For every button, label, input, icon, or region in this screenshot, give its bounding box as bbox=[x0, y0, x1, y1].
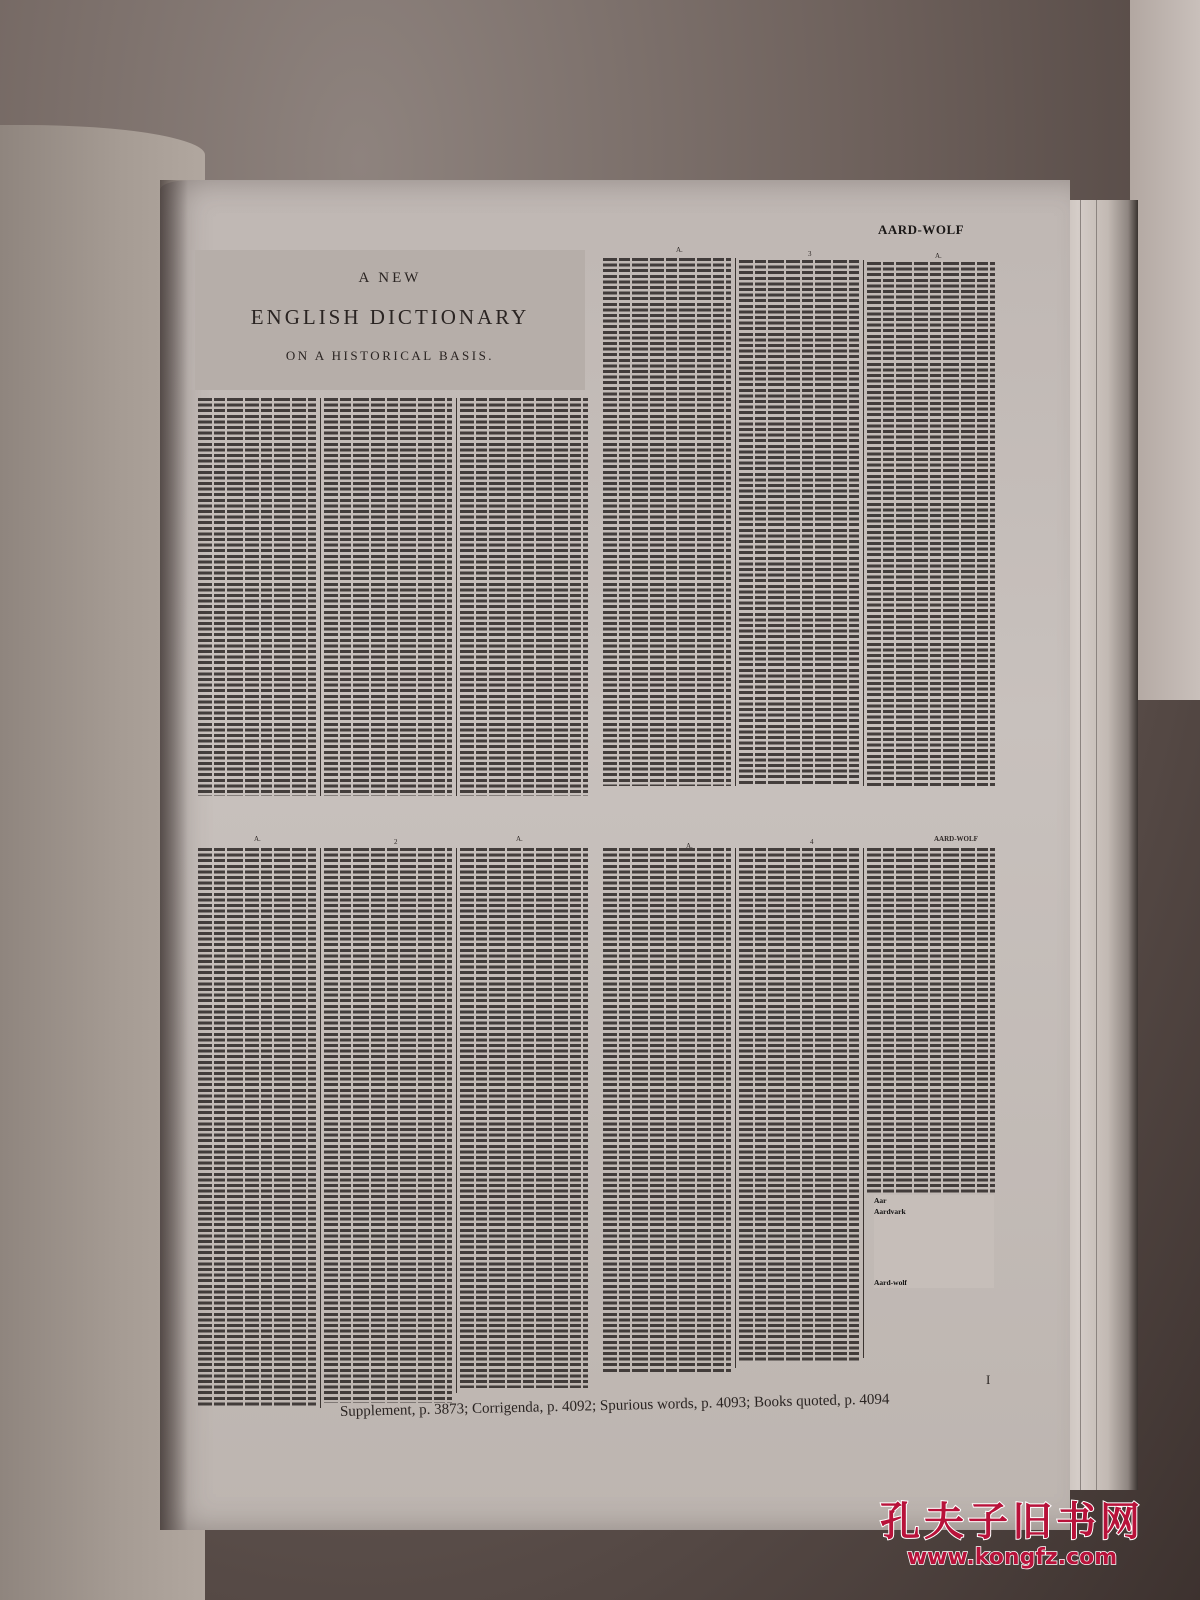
title-line-3: ON A HISTORICAL BASIS. bbox=[195, 348, 585, 364]
text-column bbox=[603, 848, 731, 1373]
column-rule bbox=[735, 258, 736, 786]
watermark-text: 孔夫子旧书网 bbox=[880, 1490, 1144, 1547]
spine-shadow bbox=[160, 180, 188, 1530]
subpage-head-right: A. bbox=[516, 835, 523, 843]
title-line-1: A NEW bbox=[195, 270, 585, 287]
text-column bbox=[324, 398, 452, 796]
text-column bbox=[867, 848, 995, 1193]
column-rule bbox=[456, 398, 457, 796]
watermark-url: www.kongfz.com bbox=[880, 1545, 1144, 1570]
subpage-head-right: AARD-WOLF bbox=[934, 835, 978, 843]
headword: Aar bbox=[874, 1195, 994, 1206]
text-column bbox=[198, 398, 316, 796]
text-column bbox=[603, 258, 731, 786]
subpage-page-number: 3 bbox=[808, 250, 812, 258]
text-column bbox=[739, 848, 859, 1363]
text-column bbox=[867, 262, 995, 786]
text-column bbox=[460, 398, 588, 796]
background-surface bbox=[1130, 0, 1200, 700]
column-rule bbox=[320, 398, 321, 796]
subpage-head-right: A. bbox=[935, 252, 942, 260]
title-line-2: ENGLISH DICTIONARY bbox=[195, 305, 585, 330]
text-column bbox=[460, 848, 588, 1388]
column-rule bbox=[320, 848, 321, 1408]
page-number: I bbox=[986, 1372, 990, 1388]
watermark: 孔夫子旧书网 www.kongfz.com bbox=[880, 1490, 1144, 1570]
text-column bbox=[198, 848, 316, 1408]
subpage-page-number: 4 bbox=[810, 838, 814, 846]
text-column bbox=[324, 848, 452, 1403]
headword: Aard-wolf bbox=[874, 1277, 994, 1288]
headword: Aardvark bbox=[874, 1206, 994, 1217]
headword-list: Aar Aardvark Aard-wolf bbox=[874, 1195, 994, 1288]
title-block: A NEW ENGLISH DICTIONARY ON A HISTORICAL… bbox=[195, 250, 585, 390]
subpage-head-left: A. bbox=[254, 835, 261, 843]
text-column bbox=[739, 260, 859, 786]
subpage-head-left: A. bbox=[676, 246, 683, 254]
column-rule bbox=[863, 848, 864, 1358]
column-rule bbox=[456, 848, 457, 1393]
running-head: AARD-WOLF bbox=[878, 222, 964, 238]
column-rule bbox=[735, 848, 736, 1368]
column-rule bbox=[863, 260, 864, 786]
subpage-page-number: 2 bbox=[394, 838, 398, 846]
